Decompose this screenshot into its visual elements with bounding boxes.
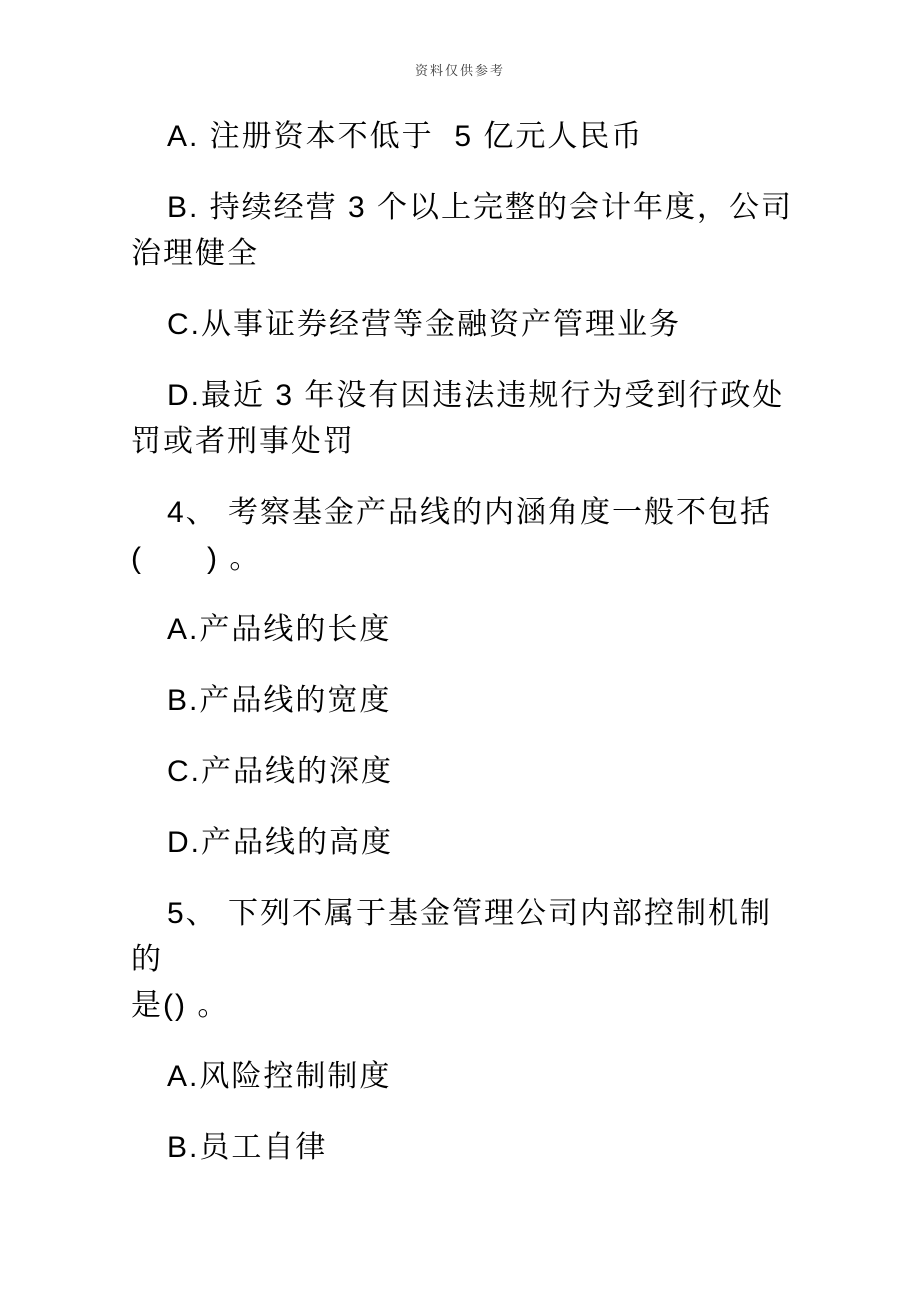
document-content: A. 注册资本不低于 5 亿元人民币 B. 持续经营 3 个以上完整的会计年度，… <box>131 114 795 1171</box>
page-header-note: 资料仅供参考 <box>0 0 920 78</box>
question-4-stem: 4、 考察基金产品线的内涵角度一般不包括 ( ) 。 <box>131 490 795 582</box>
q3-option-a: A. 注册资本不低于 5 亿元人民币 <box>131 114 795 160</box>
q4-option-d: D.产品线的高度 <box>131 820 795 866</box>
q3-option-d: D.最近 3 年没有因违法违规行为受到行政处 罚或者刑事处罚 <box>131 373 795 465</box>
q4-option-a: A.产品线的长度 <box>131 607 795 653</box>
q5-option-a: A.风险控制制度 <box>131 1054 795 1100</box>
question-5-stem: 5、 下列不属于基金管理公司内部控制机制的 是() 。 <box>131 891 795 1029</box>
q3-option-c: C.从事证券经营等金融资产管理业务 <box>131 302 795 348</box>
q5-option-b: B.员工自律 <box>131 1125 795 1171</box>
q4-option-c: C.产品线的深度 <box>131 749 795 795</box>
document-page: 资料仅供参考 A. 注册资本不低于 5 亿元人民币 B. 持续经营 3 个以上完… <box>0 0 920 1303</box>
q3-option-b: B. 持续经营 3 个以上完整的会计年度，公司 治理健全 <box>131 185 795 277</box>
q4-option-b: B.产品线的宽度 <box>131 678 795 724</box>
